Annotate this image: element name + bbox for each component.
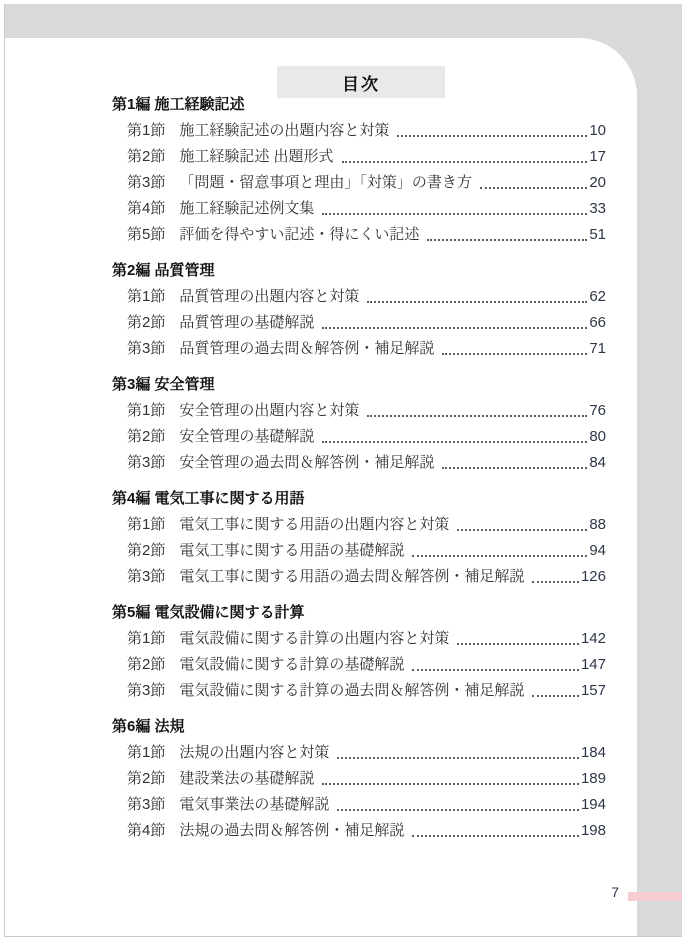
- toc-entry-number: 第1節: [127, 740, 165, 766]
- toc-entry: 第4節 法規の過去問＆解答例・補足解説 198: [112, 818, 606, 844]
- dot-leader: [412, 660, 579, 671]
- dot-leader: [367, 292, 587, 303]
- toc-entry: 第2節 安全管理の基礎解説 80: [112, 424, 606, 450]
- toc-entry-title: 電気工事に関する用語の過去問＆解答例・補足解説: [179, 564, 524, 590]
- toc-entry: 第3節 「問題・留意事項と理由」「対策」の書き方 20: [112, 170, 606, 196]
- toc-entry-number: 第2節: [127, 766, 165, 792]
- toc-entry-title: 品質管理の出題内容と対策: [179, 284, 359, 310]
- toc-entry-title: 法規の過去問＆解答例・補足解説: [179, 818, 404, 844]
- toc-entry-page: 147: [581, 652, 606, 678]
- dot-leader: [342, 152, 588, 163]
- dot-leader: [412, 546, 587, 557]
- toc-entry-title: 電気工事に関する用語の出題内容と対策: [179, 512, 449, 538]
- toc-entry: 第5節 評価を得やすい記述・得にくい記述 51: [112, 222, 606, 248]
- dot-leader: [367, 406, 587, 417]
- toc-entry-page: 142: [581, 626, 606, 652]
- dot-leader: [442, 458, 587, 469]
- page-bottom-edge-line: [4, 936, 682, 937]
- dot-leader: [427, 230, 587, 241]
- toc-entry: 第3節 電気工事に関する用語の過去問＆解答例・補足解説 126: [112, 564, 606, 590]
- toc-section-heading: 第5編 電気設備に関する計算: [112, 604, 606, 622]
- toc-entry-number: 第2節: [127, 424, 165, 450]
- toc-entry: 第2節 建設業法の基礎解説 189: [112, 766, 606, 792]
- dot-leader: [322, 318, 587, 329]
- toc-entry-title: 評価を得やすい記述・得にくい記述: [179, 222, 419, 248]
- toc-entry-number: 第3節: [127, 792, 165, 818]
- toc-entry: 第1節 電気設備に関する計算の出題内容と対策 142: [112, 626, 606, 652]
- toc-entry-page: 20: [589, 170, 606, 196]
- toc-section-heading: 第4編 電気工事に関する用語: [112, 490, 606, 508]
- toc-entry-page: 17: [589, 144, 606, 170]
- toc-entry-page: 198: [581, 818, 606, 844]
- toc-entry-page: 84: [589, 450, 606, 476]
- dot-leader: [532, 572, 579, 583]
- toc-entry: 第1節 法規の出題内容と対策 184: [112, 740, 606, 766]
- dot-leader: [322, 432, 587, 443]
- toc-entry-page: 94: [589, 538, 606, 564]
- toc-section-heading: 第6編 法規: [112, 718, 606, 736]
- toc-entry-number: 第1節: [127, 512, 165, 538]
- toc-section-heading: 第1編 施工経験記述: [112, 96, 606, 114]
- toc-entry-title: 電気事業法の基礎解説: [179, 792, 329, 818]
- toc-entry-number: 第1節: [127, 398, 165, 424]
- dot-leader: [457, 520, 587, 531]
- toc-entry-number: 第1節: [127, 118, 165, 144]
- toc-entry-number: 第3節: [127, 450, 165, 476]
- dot-leader: [442, 344, 587, 355]
- toc-entry-page: 66: [589, 310, 606, 336]
- toc-entry-page: 157: [581, 678, 606, 704]
- toc-entry: 第3節 電気設備に関する計算の過去問＆解答例・補足解説 157: [112, 678, 606, 704]
- toc-entry-title: 電気設備に関する計算の基礎解説: [179, 652, 404, 678]
- toc-section-heading: 第3編 安全管理: [112, 376, 606, 394]
- toc-entry: 第1節 品質管理の出題内容と対策 62: [112, 284, 606, 310]
- toc-section-heading: 第2編 品質管理: [112, 262, 606, 280]
- toc-entry-title: 法規の出題内容と対策: [179, 740, 329, 766]
- toc-title: 目次: [342, 70, 380, 95]
- toc-entry: 第2節 電気工事に関する用語の基礎解説 94: [112, 538, 606, 564]
- toc-entry-title: 安全管理の過去問＆解答例・補足解説: [179, 450, 434, 476]
- toc-entry: 第3節 安全管理の過去問＆解答例・補足解説 84: [112, 450, 606, 476]
- dot-leader: [480, 178, 587, 189]
- toc-entry-title: 建設業法の基礎解説: [179, 766, 314, 792]
- dot-leader: [412, 826, 579, 837]
- toc-entry: 第1節 安全管理の出題内容と対策 76: [112, 398, 606, 424]
- toc-entry-number: 第1節: [127, 284, 165, 310]
- dot-leader: [457, 634, 579, 645]
- toc-entry-page: 33: [589, 196, 606, 222]
- toc-entry-page: 88: [589, 512, 606, 538]
- toc-entry-page: 62: [589, 284, 606, 310]
- toc-entry-page: 76: [589, 398, 606, 424]
- toc-entry: 第4節 施工経験記述例文集 33: [112, 196, 606, 222]
- toc-entry-title: 施工経験記述の出題内容と対策: [179, 118, 389, 144]
- toc-entry-number: 第2節: [127, 652, 165, 678]
- footer-page-number: 7: [603, 884, 619, 900]
- toc-entry-title: 品質管理の過去問＆解答例・補足解説: [179, 336, 434, 362]
- toc-entry: 第2節 品質管理の基礎解説 66: [112, 310, 606, 336]
- toc-entry-number: 第2節: [127, 538, 165, 564]
- toc-entry-page: 51: [589, 222, 606, 248]
- toc-entry-title: 安全管理の出題内容と対策: [179, 398, 359, 424]
- toc-title-box: 目次: [277, 66, 445, 98]
- toc-entry-number: 第4節: [127, 818, 165, 844]
- table-of-contents: 第1編 施工経験記述 第1節 施工経験記述の出題内容と対策 10 第2節 施工経…: [112, 96, 606, 844]
- toc-entry-number: 第3節: [127, 678, 165, 704]
- toc-entry-title: 施工経験記述 出題形式: [179, 144, 333, 170]
- toc-entry-title: 電気設備に関する計算の過去問＆解答例・補足解説: [179, 678, 524, 704]
- toc-entry: 第3節 品質管理の過去問＆解答例・補足解説 71: [112, 336, 606, 362]
- toc-entry-page: 194: [581, 792, 606, 818]
- toc-entry: 第2節 施工経験記述 出題形式 17: [112, 144, 606, 170]
- toc-entry: 第2節 電気設備に関する計算の基礎解説 147: [112, 652, 606, 678]
- toc-entry: 第1節 電気工事に関する用語の出題内容と対策 88: [112, 512, 606, 538]
- toc-entry-page: 80: [589, 424, 606, 450]
- toc-entry-page: 71: [589, 336, 606, 362]
- toc-entry-number: 第3節: [127, 336, 165, 362]
- toc-entry-number: 第2節: [127, 144, 165, 170]
- toc-entry-number: 第4節: [127, 196, 165, 222]
- toc-entry-number: 第1節: [127, 626, 165, 652]
- dot-leader: [532, 686, 579, 697]
- dot-leader: [337, 748, 579, 759]
- dot-leader: [322, 204, 587, 215]
- toc-entry-page: 184: [581, 740, 606, 766]
- toc-entry-number: 第2節: [127, 310, 165, 336]
- toc-entry: 第1節 施工経験記述の出題内容と対策 10: [112, 118, 606, 144]
- toc-entry: 第3節 電気事業法の基礎解説 194: [112, 792, 606, 818]
- dot-leader: [337, 800, 579, 811]
- toc-entry-title: 電気工事に関する用語の基礎解説: [179, 538, 404, 564]
- toc-entry-number: 第3節: [127, 170, 165, 196]
- toc-entry-title: 品質管理の基礎解説: [179, 310, 314, 336]
- toc-entry-title: 電気設備に関する計算の出題内容と対策: [179, 626, 449, 652]
- toc-entry-page: 10: [589, 118, 606, 144]
- toc-entry-number: 第3節: [127, 564, 165, 590]
- dot-leader: [322, 774, 579, 785]
- toc-entry-title: 安全管理の基礎解説: [179, 424, 314, 450]
- dot-leader: [397, 126, 587, 137]
- toc-entry-page: 189: [581, 766, 606, 792]
- toc-entry-title: 施工経験記述例文集: [179, 196, 314, 222]
- toc-entry-title: 「問題・留意事項と理由」「対策」の書き方: [179, 170, 472, 196]
- toc-entry-number: 第5節: [127, 222, 165, 248]
- bookmark-ribbon: [628, 892, 682, 901]
- toc-entry-page: 126: [581, 564, 606, 590]
